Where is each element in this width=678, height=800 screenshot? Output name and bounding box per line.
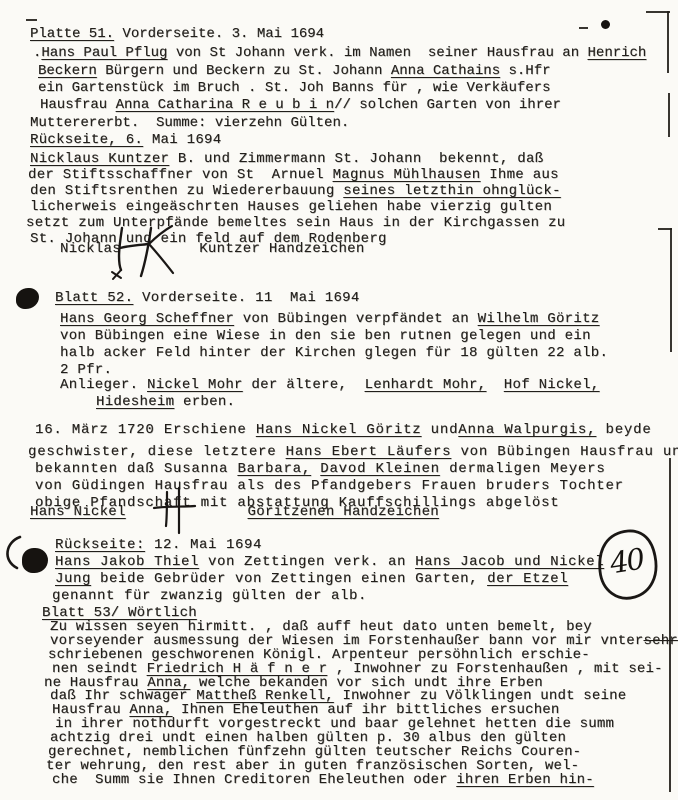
text-line: Rückseite, 6. Mai 1694	[30, 133, 221, 147]
text-line: setzt zum Unterpfände bemeltes sein Haus…	[26, 216, 565, 230]
circled-page-number: 40	[594, 526, 662, 606]
text-line: der Stiftsschaffner von St Arnuel Magnus…	[28, 168, 559, 182]
circled-page-number-value: 40	[608, 542, 646, 581]
text-line: von Bübingen eine Wiese in den sie ben r…	[60, 329, 591, 343]
text-line: achtzig drei undt einen halben gülten p.…	[50, 731, 566, 745]
right-margin-line-1	[667, 11, 669, 73]
text-line: Hidesheim erben.	[96, 395, 235, 409]
text-line: ter wehrung, den rest aber in guten fran…	[46, 759, 579, 773]
text-line: che Summ sie Ihnen Creditoren Eheleuthen…	[52, 773, 594, 787]
right-margin-line-4	[669, 458, 671, 792]
text-line: Hausfrau Anna, Ihnen Eheleuthen auf ihr …	[52, 703, 560, 717]
ink-blot-blatt-52	[16, 288, 39, 309]
text-line: Hausfrau Anna Catharina R e u b i n// so…	[40, 98, 561, 112]
text-line: Platte 51. Vorderseite. 3. Mai 1694	[30, 27, 324, 41]
goeritzen-handzeichen-mark	[152, 486, 198, 536]
kuntzer-handzeichen-mark	[108, 222, 182, 284]
ink-blot-rueckseite-12	[22, 548, 48, 573]
text-line: von Güdingen Hausfrau als des Pfandgeber…	[35, 479, 624, 493]
top-right-dash-mark	[579, 27, 588, 29]
text-line: vorseyender ausmessung der Wiesen im For…	[50, 634, 678, 648]
text-line: licherweis eingeäschrten Hauses geliehen…	[30, 200, 552, 214]
text-line: daß Ihr schwager Mattheß Renkell, Inwohn…	[50, 689, 626, 703]
text-line: .Hans Paul Pflug von St Johann verk. im …	[33, 46, 646, 60]
text-line: in ihrer nothdurft vorgestreckt und baar…	[55, 717, 614, 731]
text-line: Hans Jakob Thiel von Zettingen verk. an …	[55, 555, 604, 569]
text-line: gerechnet, nemblichen fünfzehn gülten te…	[48, 745, 581, 759]
top-left-dash-mark	[26, 19, 37, 21]
text-line: Blatt 52. Vorderseite. 11 Mai 1694	[55, 291, 360, 305]
text-line: 2 Pfr.	[60, 363, 112, 377]
text-line: geschwister, diese letztere Hans Ebert L…	[28, 445, 678, 459]
text-line: Mutterererbt. Summe: vierzehn Gülten.	[30, 116, 349, 130]
text-line: Nicklas Kuntzer Handzeichen	[60, 242, 365, 256]
text-line: Zu wissen seyen hirmitt. , daß auff heut…	[50, 620, 592, 634]
text-line: schriebenen geschworenen Königl. Arpente…	[48, 648, 590, 662]
text-line: nen seindt Friedrich H ä f n e r , Inwoh…	[52, 662, 663, 676]
document-page: Platte 51. Vorderseite. 3. Mai 1694.Hans…	[0, 0, 678, 800]
text-line: bekannten daß Susanna Barbara, Davod Kle…	[35, 462, 606, 476]
text-line: Hans Georg Scheffner von Bübingen verpfä…	[60, 312, 600, 326]
text-line: Rückseite: 12. Mai 1694	[55, 538, 262, 552]
right-margin-line-2	[668, 93, 670, 137]
text-line: halb acker Feld hinter der Kirchen glege…	[60, 346, 608, 360]
text-line: 16. März 1720 Erschiene Hans Nickel Göri…	[35, 423, 652, 437]
text-line: Anlieger. Nickel Mohr der ältere, Lenhar…	[60, 378, 600, 392]
right-margin-line-3	[670, 228, 672, 352]
text-line: Jung beide Gebrüder von Zettingen einen …	[55, 572, 568, 586]
text-line: den Stiftsrenthen zu Wiedererbauung sein…	[30, 184, 561, 198]
top-right-ink-dot	[601, 20, 610, 29]
text-line: Nicklaus Kuntzer B. und Zimmermann St. J…	[30, 152, 543, 166]
text-line: Hans Nickel Göritzenen Handzeichen	[30, 505, 439, 519]
text-line: Blatt 53/ Wörtlich	[42, 606, 197, 620]
text-line: ne Hausfrau Anna, welche bekanden vor si…	[44, 676, 543, 690]
text-line: ein Gartenstück im Bruch . St. Joh Banns…	[38, 81, 550, 95]
text-line: genannt für zwanzig gülten der alb.	[52, 589, 367, 603]
margin-paren-mark	[0, 534, 24, 572]
text-line: Beckern Bürgern und Beckern zu St. Johan…	[38, 64, 551, 78]
